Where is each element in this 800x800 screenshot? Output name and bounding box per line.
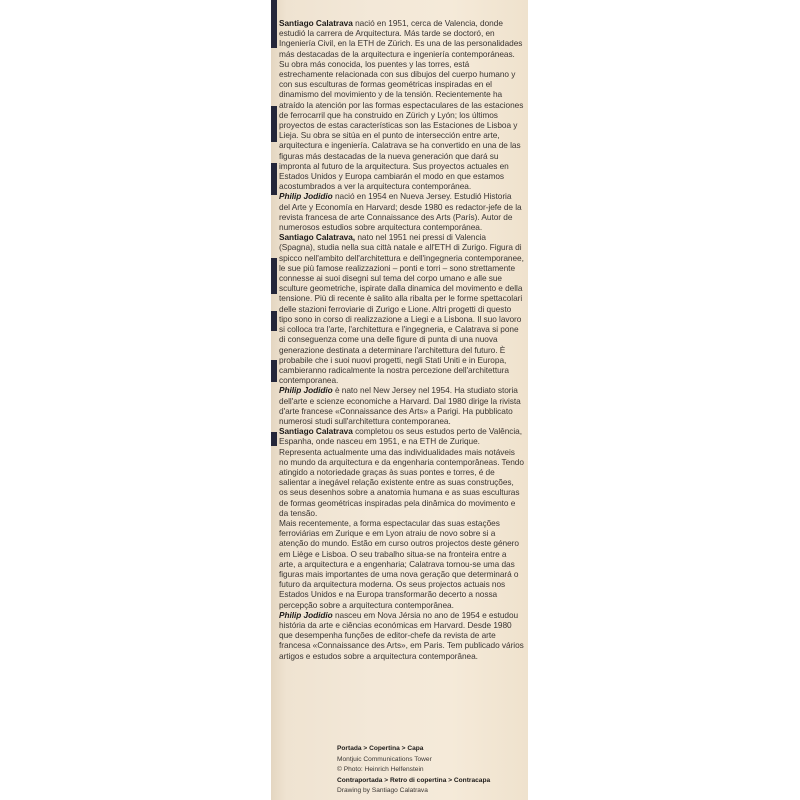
bio-es-jodidio: Philip Jodidio nació en 1954 en Nueva Je… <box>279 191 524 232</box>
edge-bar <box>271 258 277 294</box>
edge-bar <box>271 311 277 331</box>
edge-bar <box>271 106 277 142</box>
image-credits: Portada > Copertina > Capa Montjuic Comm… <box>337 744 527 797</box>
bio-it-jodidio: Philip Jodidio è nato nel New Jersey nel… <box>279 385 524 426</box>
bio-pt-jodidio: Philip Jodidio nasceu em Nova Jérsia no … <box>279 610 524 661</box>
cover-edge-strip <box>271 0 279 800</box>
author-name: Santiago Calatrava <box>279 426 353 436</box>
bio-pt-calatrava-cont: Mais recentemente, a forma espectacular … <box>279 518 524 610</box>
back-cover-label: Contraportada > Retro di copertina > Con… <box>337 776 527 787</box>
biography-text: Santiago Calatrava nació en 1951, cerca … <box>279 18 524 661</box>
edge-bar <box>271 0 277 48</box>
author-name: Philip Jodidio <box>279 385 333 395</box>
bio-pt-calatrava: Santiago Calatrava completou os seus est… <box>279 426 524 518</box>
edge-bar <box>271 432 277 446</box>
front-cover-label: Portada > Copertina > Capa <box>337 744 527 755</box>
edge-bar <box>271 163 277 195</box>
photo-credit: © Photo: Heinrich Helfenstein <box>337 765 527 776</box>
author-name: Santiago Calatrava, <box>279 232 355 242</box>
author-name: Philip Jodidio <box>279 191 333 201</box>
front-cover-caption: Montjuic Communications Tower <box>337 755 527 766</box>
bio-it-calatrava: Santiago Calatrava, nato nel 1951 nei pr… <box>279 232 524 385</box>
book-flap-page: Santiago Calatrava nació en 1951, cerca … <box>271 0 528 800</box>
bio-es-calatrava: Santiago Calatrava nació en 1951, cerca … <box>279 18 524 191</box>
back-cover-caption: Drawing by Santiago Calatrava <box>337 786 527 797</box>
edge-bar <box>271 360 277 382</box>
author-name: Santiago Calatrava <box>279 18 353 28</box>
author-name: Philip Jodidio <box>279 610 333 620</box>
